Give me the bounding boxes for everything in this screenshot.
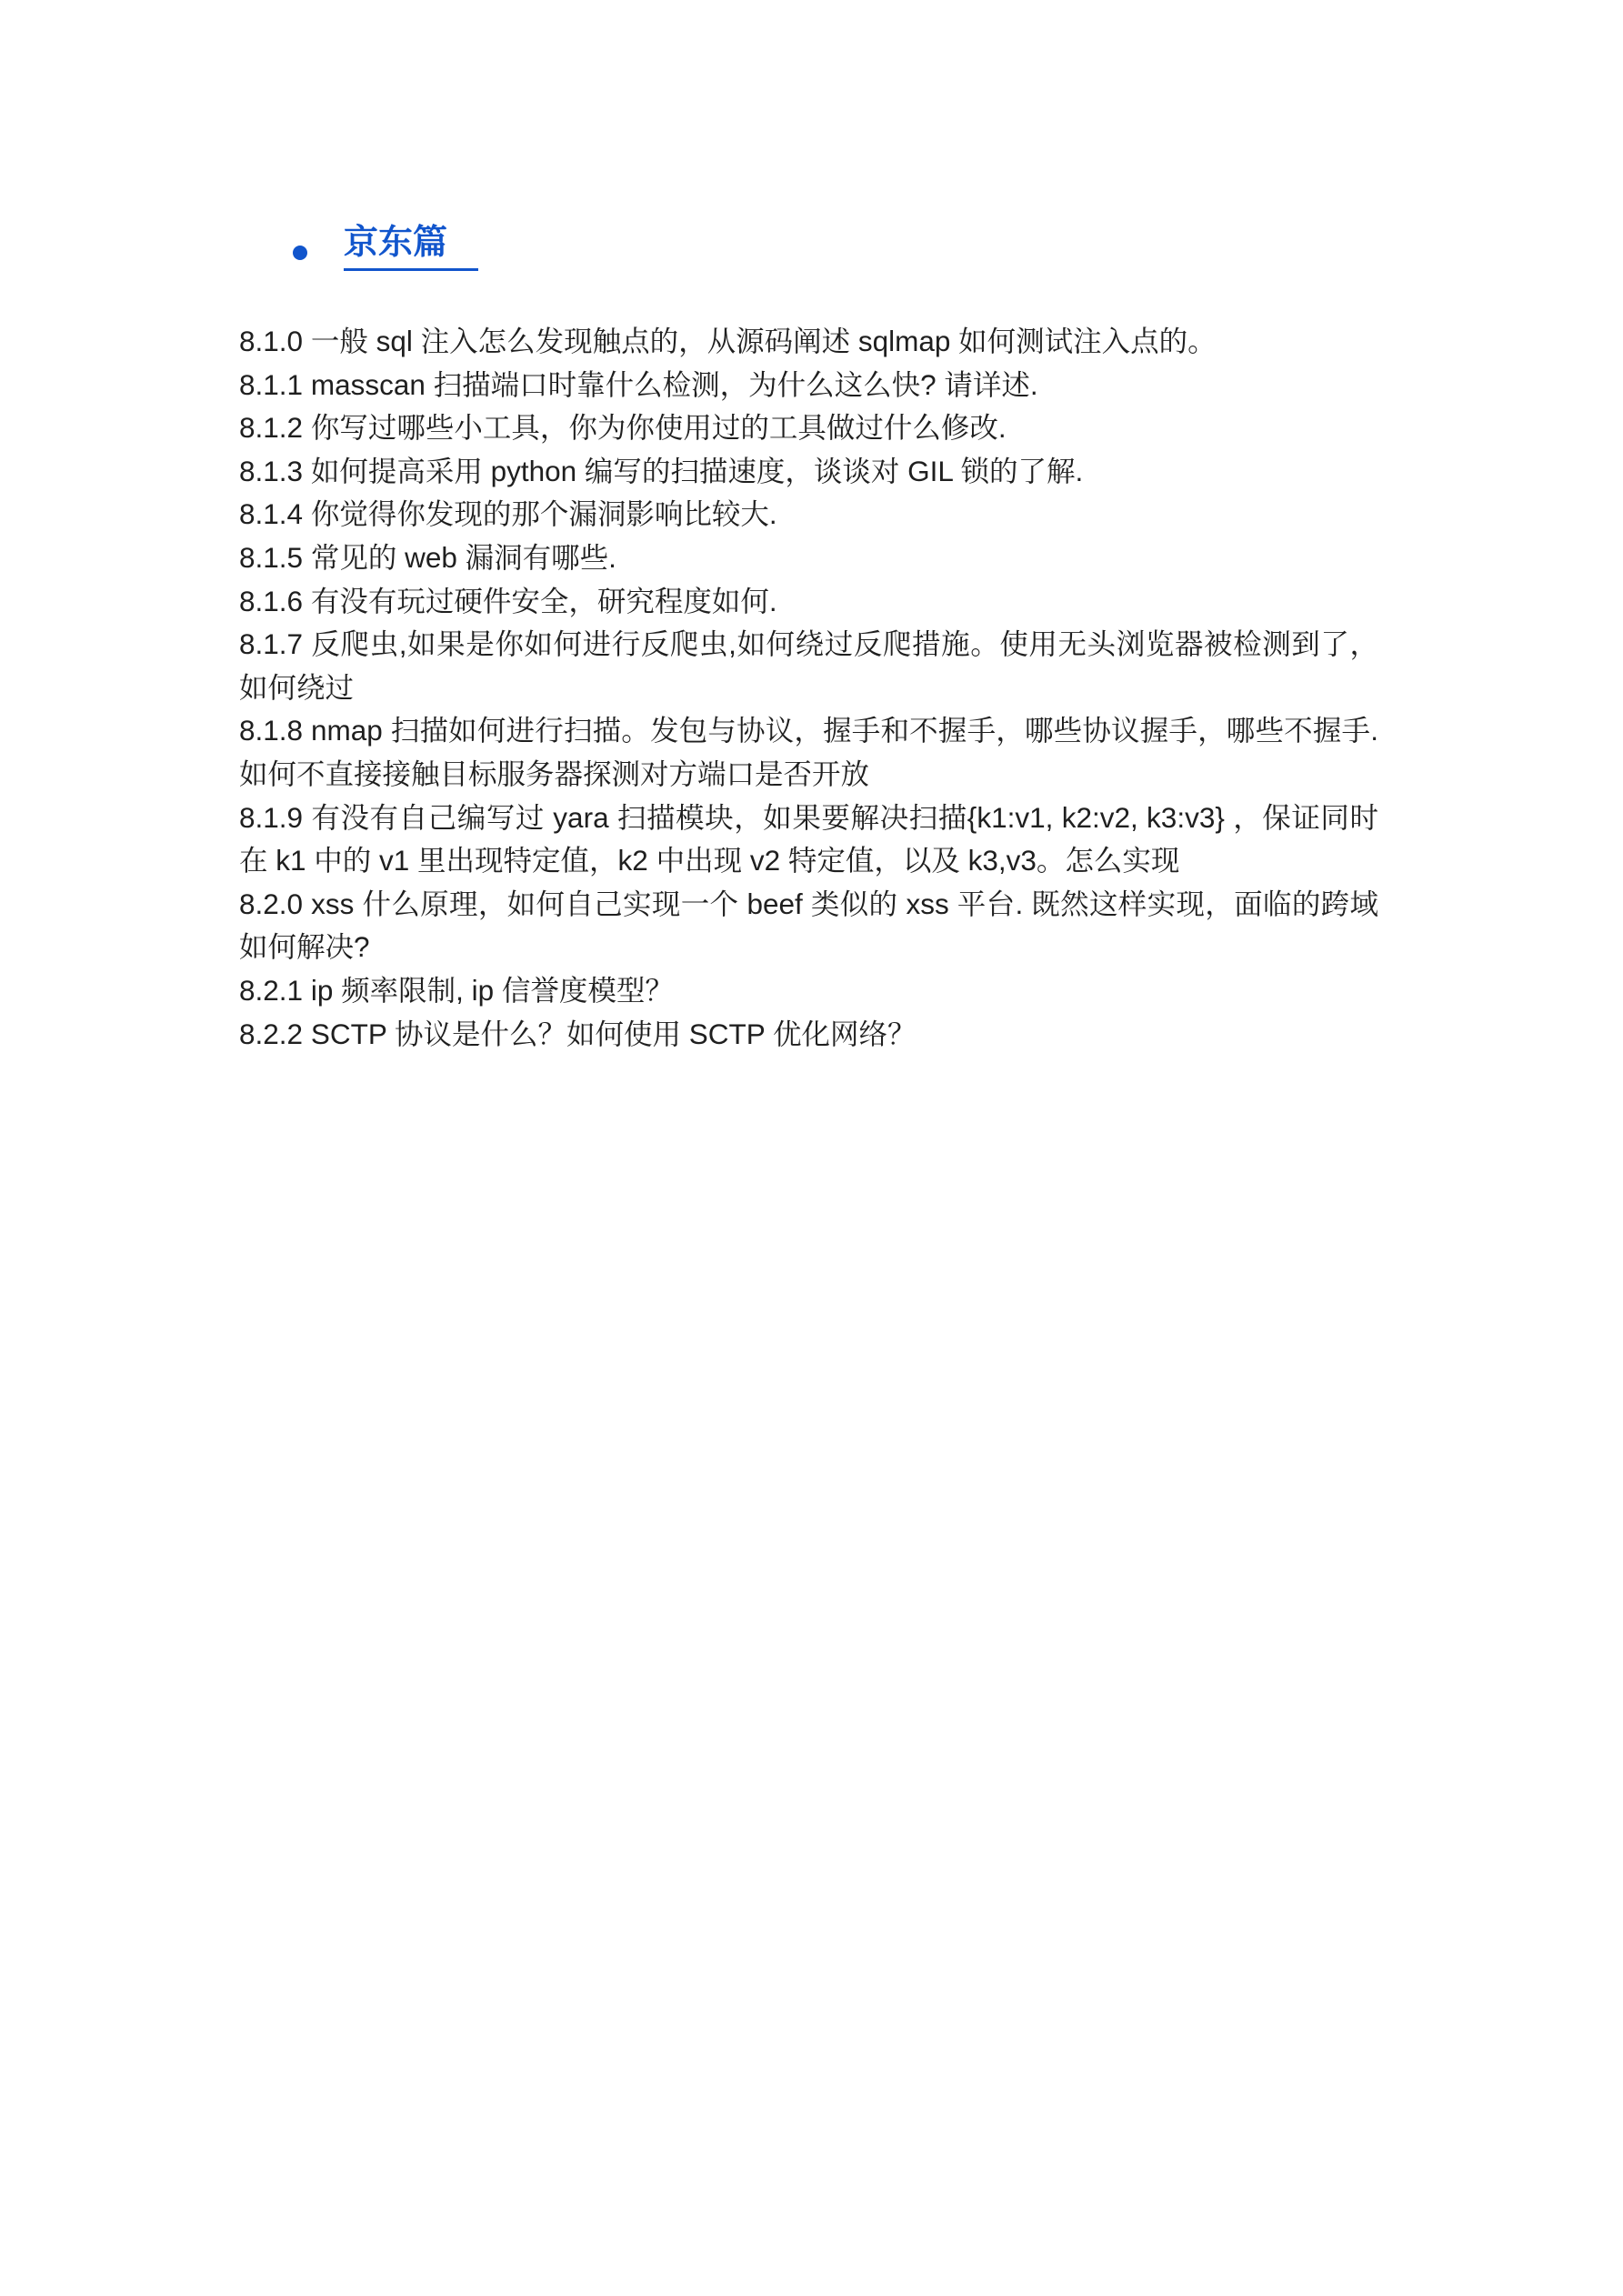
question-item: 8.1.1 masscan 扫描端口时靠什么检测，为什么这么快? 请详述. [239, 364, 1378, 407]
document-page: 京东篇 8.1.0 一般 sql 注入怎么发现触点的，从源码阐述 sqlmap … [0, 0, 1623, 2296]
question-text: 你觉得你发现的那个漏洞影响比较大. [311, 497, 777, 530]
question-text: nmap 扫描如何进行扫描。发包与协议，握手和不握手，哪些协议握手，哪些不握手.… [239, 714, 1378, 790]
question-text: 常见的 web 漏洞有哪些. [311, 541, 616, 574]
question-item: 8.1.4 你觉得你发现的那个漏洞影响比较大. [239, 493, 1378, 536]
question-item: 8.2.1 ip 频率限制, ip 信誉度模型？ [239, 969, 1378, 1013]
question-item: 8.2.2 SCTP 协议是什么？如何使用 SCTP 优化网络？ [239, 1013, 1378, 1057]
question-number: 8.2.2 [239, 1018, 303, 1050]
question-item: 8.1.9 有没有自己编写过 yara 扫描模块，如果要解决扫描{k1:v1, … [239, 797, 1378, 883]
question-text: masscan 扫描端口时靠什么检测，为什么这么快? 请详述. [311, 368, 1038, 401]
question-number: 8.2.0 [239, 887, 303, 920]
question-item: 8.1.5 常见的 web 漏洞有哪些. [239, 536, 1378, 580]
question-text: SCTP 协议是什么？如何使用 SCTP 优化网络？ [311, 1018, 917, 1050]
section-title-link[interactable]: 京东篇 [344, 221, 478, 271]
question-text: xss 什么原理，如何自己实现一个 beef 类似的 xss 平台. 既然这样实… [239, 887, 1378, 964]
question-number: 8.1.0 [239, 325, 303, 357]
question-item: 8.1.7 反爬虫,如果是你如何进行反爬虫,如何绕过反爬措施。使用无头浏览器被检… [239, 623, 1378, 709]
question-item: 8.2.0 xss 什么原理，如何自己实现一个 beef 类似的 xss 平台.… [239, 883, 1378, 969]
question-number: 8.1.7 [239, 627, 303, 660]
question-item: 8.1.6 有没有玩过硬件安全，研究程度如何. [239, 580, 1378, 624]
question-item: 8.1.0 一般 sql 注入怎么发现触点的，从源码阐述 sqlmap 如何测试… [239, 320, 1378, 364]
question-number: 8.1.6 [239, 585, 303, 617]
question-number: 8.1.1 [239, 368, 303, 401]
question-text: 有没有自己编写过 yara 扫描模块，如果要解决扫描{k1:v1, k2:v2,… [239, 801, 1378, 877]
list-bullet-icon [293, 246, 307, 260]
question-number: 8.1.8 [239, 714, 303, 747]
question-number: 8.1.4 [239, 497, 303, 530]
question-text: 如何提高采用 python 编写的扫描速度，谈谈对 GIL 锁的了解. [311, 455, 1083, 487]
question-item: 8.1.2 你写过哪些小工具，你为你使用过的工具做过什么修改. [239, 406, 1378, 450]
question-number: 8.1.2 [239, 411, 303, 444]
question-number: 8.1.9 [239, 801, 303, 834]
question-text: 反爬虫,如果是你如何进行反爬虫,如何绕过反爬措施。使用无头浏览器被检测到了，如何… [239, 627, 1378, 704]
question-text: 一般 sql 注入怎么发现触点的，从源码阐述 sqlmap 如何测试注入点的。 [311, 325, 1217, 357]
question-number: 8.1.3 [239, 455, 303, 487]
question-number: 8.2.1 [239, 974, 303, 1007]
question-text: 你写过哪些小工具，你为你使用过的工具做过什么修改. [311, 411, 1007, 444]
question-text: ip 频率限制, ip 信誉度模型？ [311, 974, 674, 1007]
question-item: 8.1.3 如何提高采用 python 编写的扫描速度，谈谈对 GIL 锁的了解… [239, 450, 1378, 494]
question-number: 8.1.5 [239, 541, 303, 574]
question-text: 有没有玩过硬件安全，研究程度如何. [311, 585, 777, 617]
question-item: 8.1.8 nmap 扫描如何进行扫描。发包与协议，握手和不握手，哪些协议握手，… [239, 709, 1378, 796]
question-list: 8.1.0 一般 sql 注入怎么发现触点的，从源码阐述 sqlmap 如何测试… [239, 320, 1378, 1056]
